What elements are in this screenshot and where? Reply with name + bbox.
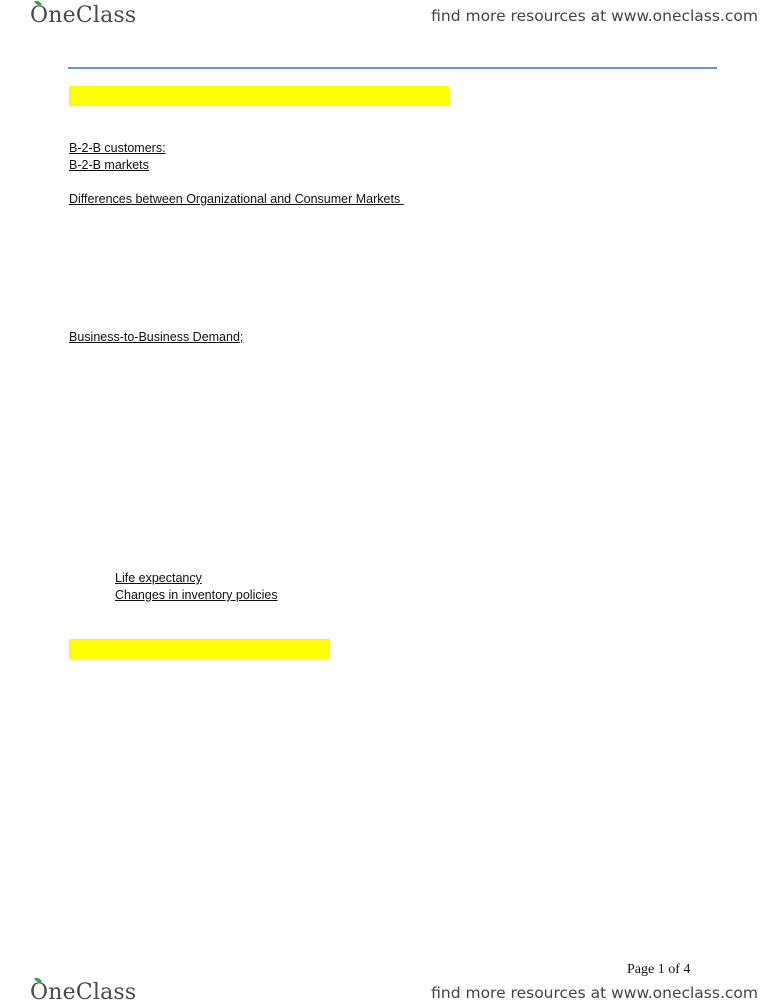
page-number: Page 1 of 4: [627, 962, 690, 978]
b2b-demand-heading: Business-to-Business Demand;: [69, 330, 243, 344]
life-expectancy-subheading: Life expectancy: [115, 571, 202, 585]
logo-text: neClass: [48, 3, 136, 28]
logo-apple-icon: O: [30, 3, 48, 28]
header-divider: [68, 67, 717, 69]
differences-heading: Differences between Organizational and C…: [69, 192, 404, 206]
inventory-policies-subheading: Changes in inventory policies: [115, 588, 278, 602]
b2b-customers-heading: B-2-B customers:: [69, 141, 166, 155]
oneclass-logo[interactable]: O neClass: [30, 3, 136, 28]
b2b-markets-heading: B-2-B markets: [69, 158, 149, 172]
promo-link[interactable]: find more resources at www.oneclass.com: [431, 7, 758, 25]
logo-apple-icon: O: [30, 980, 48, 1005]
logo-text: neClass: [48, 980, 136, 1005]
highlighted-heading-block: [69, 86, 449, 106]
promo-link-footer[interactable]: find more resources at www.oneclass.com: [431, 984, 758, 1002]
highlighted-section-block: [69, 639, 330, 659]
oneclass-logo-footer[interactable]: O neClass: [30, 980, 136, 1005]
